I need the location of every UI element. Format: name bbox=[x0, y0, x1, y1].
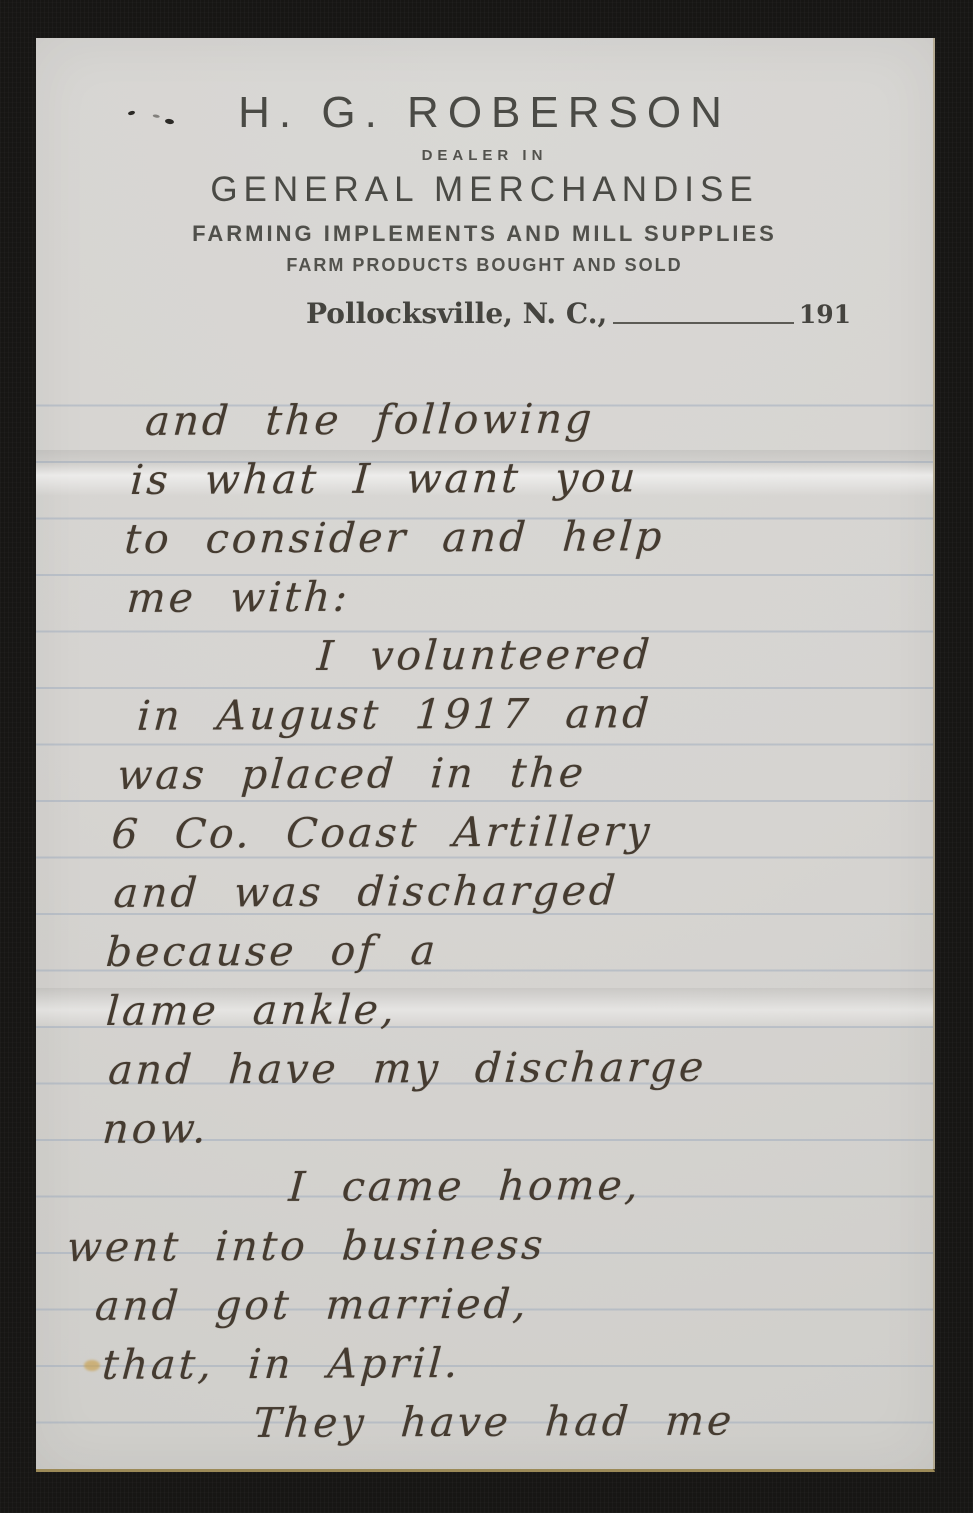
handwritten-line: to consider and help bbox=[123, 506, 935, 569]
letter-page: H. G. ROBERSON DEALER IN GENERAL MERCHAN… bbox=[36, 38, 935, 1472]
handwritten-line: is what I want you bbox=[129, 447, 935, 510]
handwritten-line: was placed in the bbox=[116, 742, 935, 805]
handwritten-line: that, in April. bbox=[100, 1332, 906, 1395]
dateline-blank-line bbox=[613, 302, 794, 324]
handwritten-line: went into business bbox=[65, 1214, 914, 1277]
handwritten-line: I volunteered bbox=[315, 624, 935, 686]
letterhead-business: GENERAL MERCHANDISE bbox=[36, 170, 933, 210]
letterhead-name: H. G. ROBERSON bbox=[36, 88, 933, 138]
handwritten-line: I came home, bbox=[287, 1155, 918, 1217]
handwritten-line: now. bbox=[101, 1096, 922, 1159]
handwritten-line: and got married, bbox=[93, 1273, 910, 1336]
handwritten-line: me with: bbox=[125, 565, 935, 628]
letterhead-dealer-in: DEALER IN bbox=[36, 147, 933, 164]
handwritten-line: lame ankle, bbox=[104, 978, 929, 1041]
handwritten-line: and was discharged bbox=[112, 860, 935, 923]
handwritten-line: in August 1917 and bbox=[135, 683, 935, 746]
scanned-letter-photo: H. G. ROBERSON DEALER IN GENERAL MERCHAN… bbox=[0, 0, 973, 1513]
dateline: Pollocksville, N. C., 191 bbox=[306, 300, 851, 328]
handwritten-line: They have had me bbox=[252, 1391, 903, 1453]
letterhead: H. G. ROBERSON DEALER IN GENERAL MERCHAN… bbox=[36, 38, 933, 276]
handwritten-body: and the following is what I want you to … bbox=[36, 388, 935, 1455]
handwritten-line: and have my discharge bbox=[106, 1037, 925, 1100]
letterhead-tagline-products: FARM PRODUCTS BOUGHT AND SOLD bbox=[36, 255, 933, 276]
dateline-place: Pollocksville, N. C., bbox=[306, 300, 607, 328]
dateline-year-prefix: 191 bbox=[799, 302, 851, 327]
letterhead-tagline-implements: FARMING IMPLEMENTS AND MILL SUPPLIES bbox=[36, 221, 933, 247]
handwritten-line: and the following bbox=[143, 388, 935, 451]
handwritten-line: 6 Co. Coast Artillery bbox=[110, 801, 935, 864]
handwritten-line: because of a bbox=[104, 919, 933, 982]
